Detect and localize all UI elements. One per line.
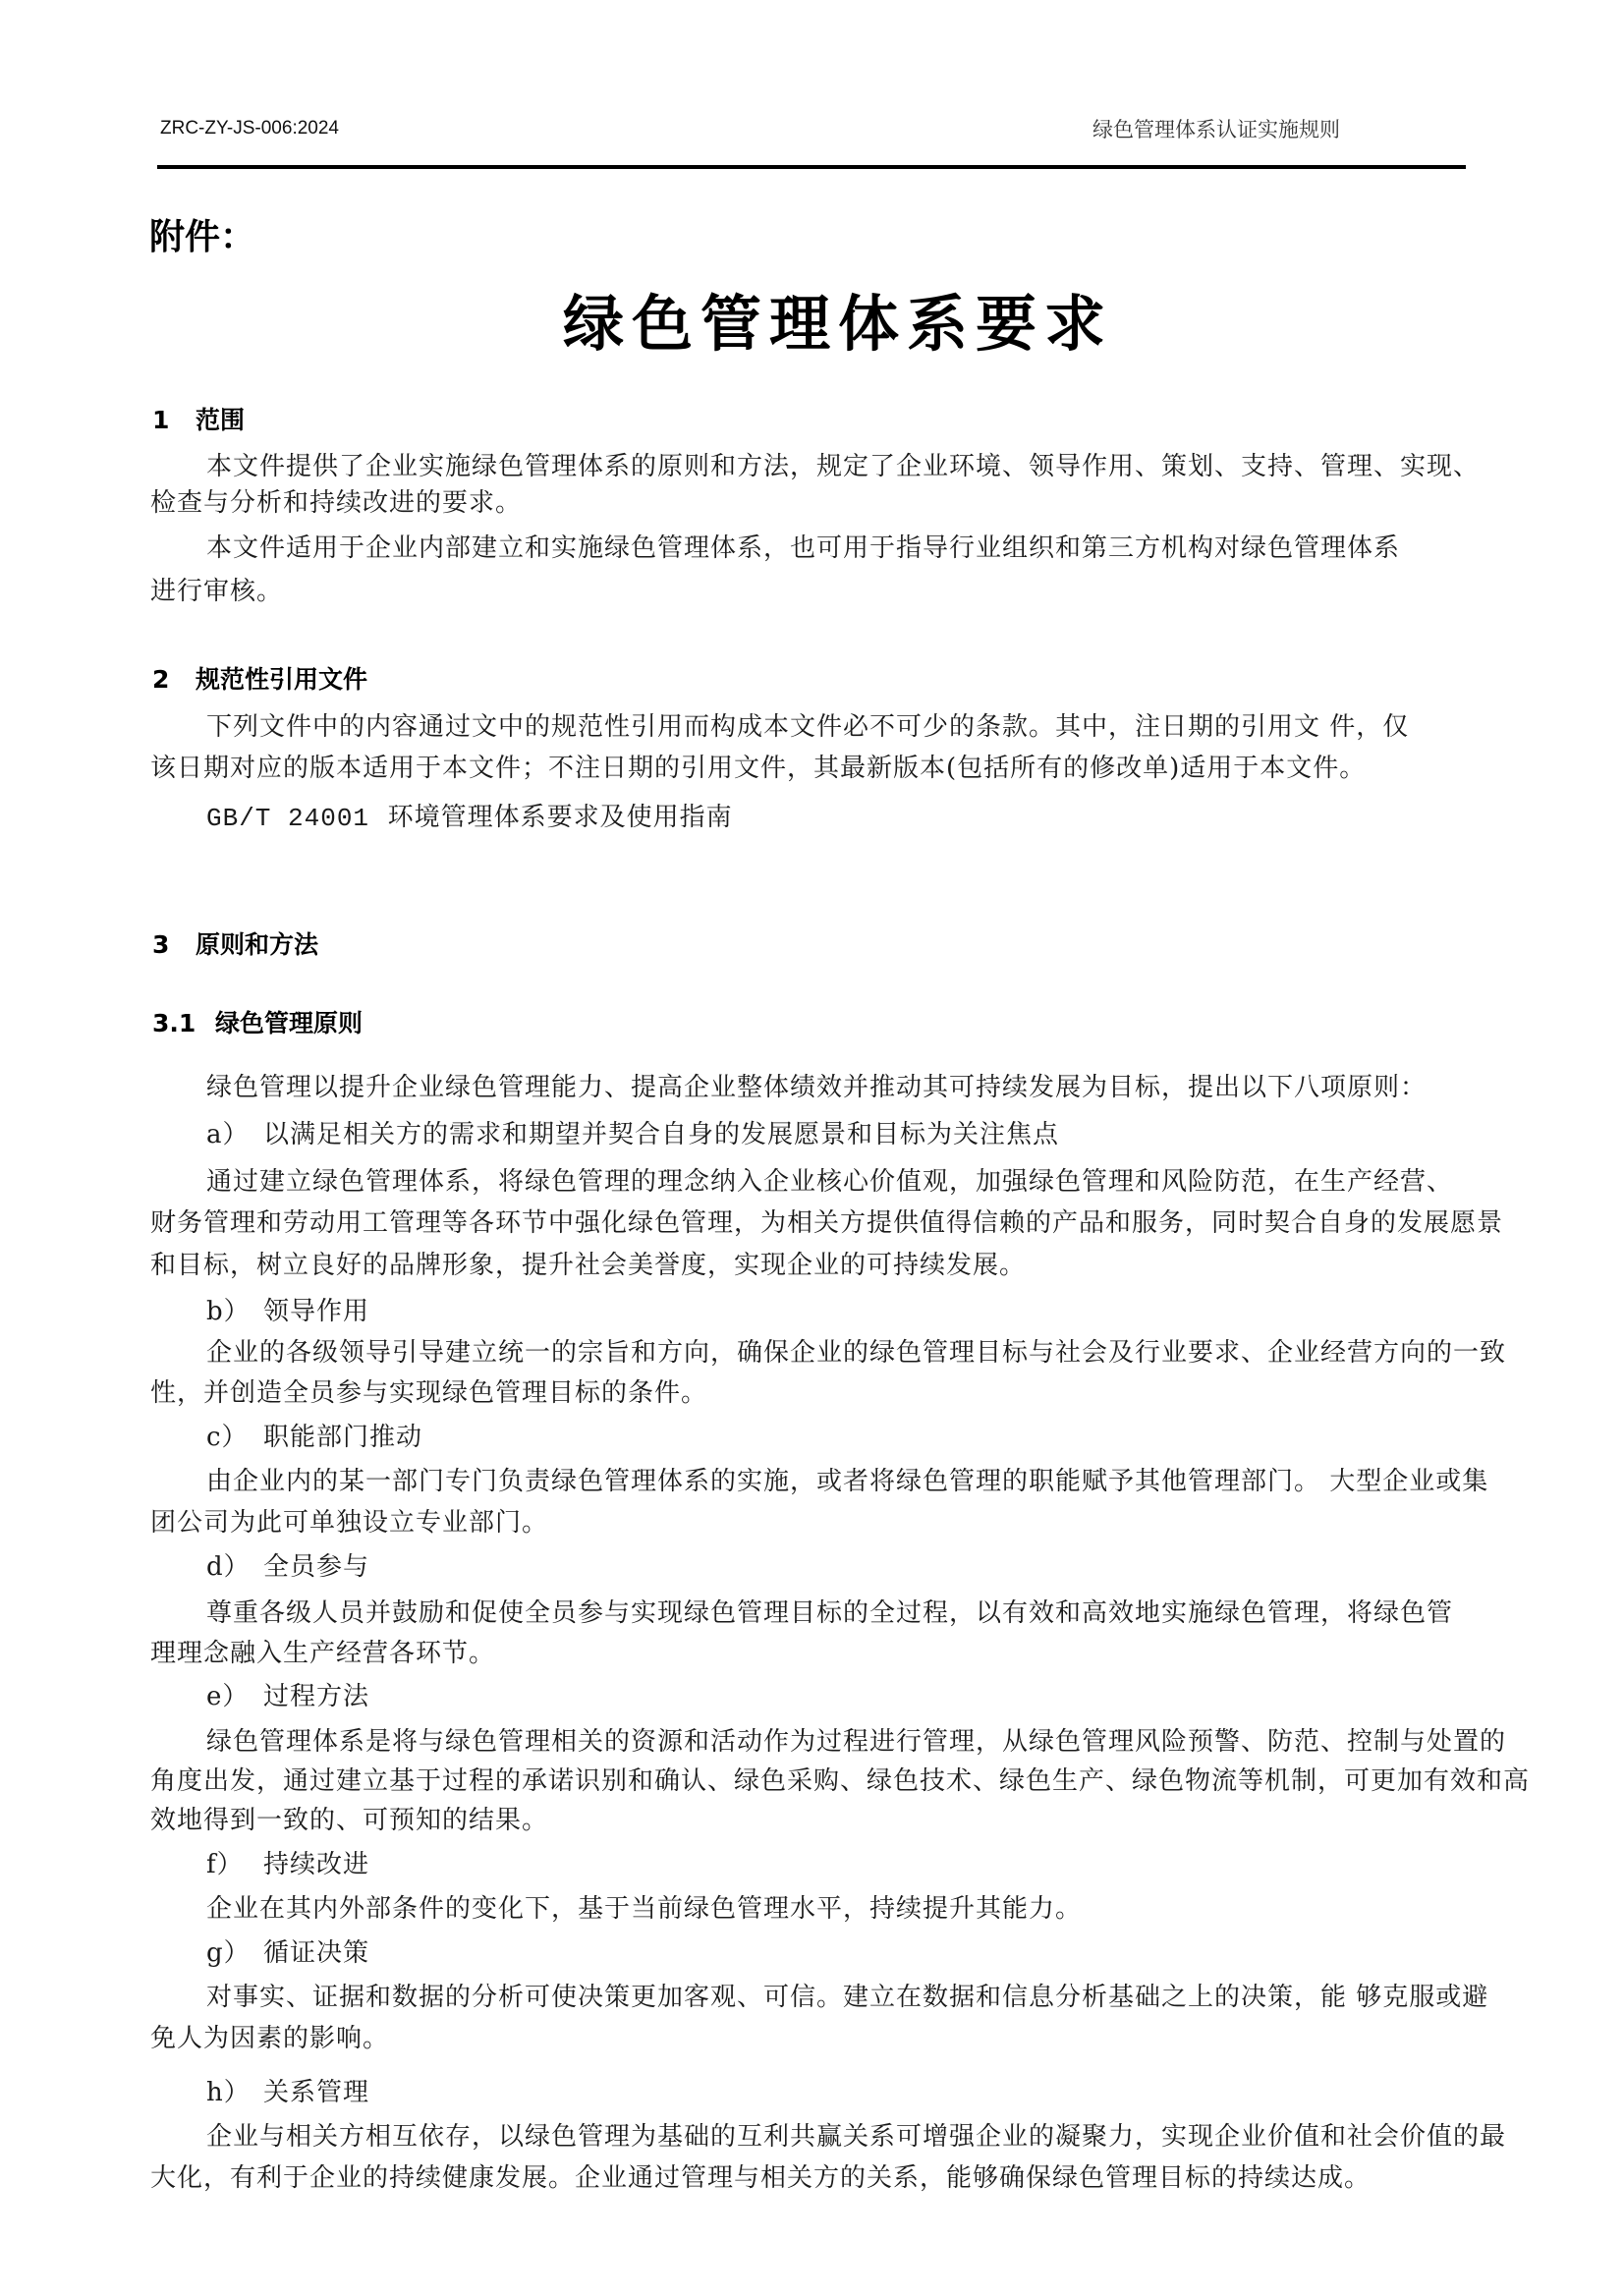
paragraph-line: 团公司为此可单独设立专业部门。 [150,1502,548,1539]
principle-title: 关系管理 [263,2078,369,2107]
paragraph-line: 该日期对应的版本适用于本文件；不注日期的引用文件，其最新版本(包括所有的修改单)… [150,748,1366,784]
principle-heading-c: c）职能部门推动 [206,1417,422,1453]
paragraph-line: 理理念融入生产经营各环节。 [150,1633,495,1669]
principle-heading-g: g）循证决策 [206,1932,369,1969]
paragraph-line: 企业与相关方相互依存，以绿色管理为基础的互利共赢关系可增强企业的凝聚力，实现企业… [206,2116,1506,2153]
section-heading-3-1: 3.1绿色管理原则 [152,1004,363,1039]
normative-reference: GB/T 24001 环境管理体系要求及使用指南 [206,797,733,833]
paragraph-line: 企业的各级领导引导建立统一的宗旨和方向，确保企业的绿色管理目标与社会及行业要求、… [206,1332,1506,1369]
header-doc-code: ZRC-ZY-JS-006:2024 [160,118,339,140]
section-number: 3 [152,930,196,959]
principle-title: 职能部门推动 [263,1423,422,1452]
paragraph-line: 性，并创造全员参与实现绿色管理目标的条件。 [150,1372,707,1409]
principle-label: d） [206,1546,263,1583]
section-title: 规范性引用文件 [196,665,367,694]
paragraph-line: 企业在其内外部条件的变化下，基于当前绿色管理水平，持续提升其能力。 [206,1888,1082,1925]
paragraph-line: 检查与分析和持续改进的要求。 [150,482,522,519]
paragraph-line: 财务管理和劳动用工管理等各环节中强化绿色管理，为相关方提供值得信赖的产品和服务，… [150,1203,1503,1239]
principle-label: f） [206,1844,263,1880]
section-heading-1: 1范围 [152,401,245,436]
section-title: 原则和方法 [196,930,318,959]
paragraph-line: 角度出发，通过建立基于过程的承诺识别和确认、绿色采购、绿色技术、绿色生产、绿色物… [150,1761,1530,1797]
header-rule [157,165,1466,169]
principle-label: h） [206,2072,263,2108]
paragraph-intro: 绿色管理以提升企业绿色管理能力、提高企业整体绩效并推动其可持续发展为目标，提出以… [206,1067,1427,1103]
principle-label: g） [206,1932,263,1969]
page-title: 绿色管理体系要求 [563,275,1113,363]
section-title: 范围 [196,406,245,434]
section-number: 3.1 [152,1009,215,1037]
reference-code: GB/T 24001 [206,804,369,833]
principle-label: b） [206,1291,263,1327]
section-heading-2: 2规范性引用文件 [152,660,367,696]
paragraph-line: 本文件适用于企业内部建立和实施绿色管理体系，也可用于指导行业组织和第三方机构对绿… [206,528,1400,564]
paragraph-line: 效地得到一致的、可预知的结果。 [150,1800,548,1836]
principle-heading-b: b）领导作用 [206,1291,369,1327]
paragraph-line: 绿色管理体系是将与绿色管理相关的资源和活动作为过程进行管理，从绿色管理风险预警、… [206,1721,1506,1758]
paragraph-line: 对事实、证据和数据的分析可使决策更加客观、可信。建立在数据和信息分析基础之上的决… [206,1977,1488,2013]
principle-title: 循证决策 [263,1938,369,1968]
principle-heading-h: h）关系管理 [206,2072,369,2108]
principle-heading-e: e）过程方法 [206,1676,369,1712]
principle-title: 以满足相关方的需求和期望并契合自身的发展愿景和目标为关注焦点 [263,1120,1059,1149]
paragraph-line: 和目标，树立良好的品牌形象，提升社会美誉度，实现企业的可持续发展。 [150,1245,1026,1281]
principle-label: e） [206,1676,263,1712]
paragraph-line: 免人为因素的影响。 [150,2018,389,2054]
reference-name: 环境管理体系要求及使用指南 [388,803,733,832]
section-heading-3: 3原则和方法 [152,925,318,961]
paragraph-line: 大化，有利于企业的持续健康发展。企业通过管理与相关方的关系，能够确保绿色管理目标… [150,2157,1371,2194]
principle-heading-d: d）全员参与 [206,1546,369,1583]
attachment-label: 附件： [149,209,255,259]
principle-title: 持续改进 [263,1850,369,1879]
principle-heading-a: a）以满足相关方的需求和期望并契合自身的发展愿景和目标为关注焦点 [206,1114,1059,1150]
document-page: ZRC-ZY-JS-006:2024 绿色管理体系认证实施规则 附件： 绿色管理… [0,0,1624,2296]
principle-label: c） [206,1417,263,1453]
paragraph-line: 下列文件中的内容通过文中的规范性引用而构成本文件必不可少的条款。其中，注日期的引… [206,706,1409,743]
section-number: 2 [152,665,196,694]
principle-title: 全员参与 [263,1552,369,1582]
section-number: 1 [152,406,196,434]
paragraph-line: 进行审核。 [150,571,283,607]
paragraph-line: 尊重各级人员并鼓励和促使全员参与实现绿色管理目标的全过程，以有效和高效地实施绿色… [206,1593,1453,1629]
paragraph-line: 通过建立绿色管理体系，将绿色管理的理念纳入企业核心价值观，加强绿色管理和风险防范… [206,1161,1453,1198]
header-series-title: 绿色管理体系认证实施规则 [1092,114,1340,143]
principle-label: a） [206,1114,263,1150]
paragraph-line: 本文件提供了企业实施绿色管理体系的原则和方法，规定了企业环境、领导作用、策划、支… [206,446,1480,482]
section-title: 绿色管理原则 [215,1009,363,1037]
principle-title: 过程方法 [263,1682,369,1711]
principle-heading-f: f）持续改进 [206,1844,369,1880]
paragraph-line: 由企业内的某一部门专门负责绿色管理体系的实施，或者将绿色管理的职能赋予其他管理部… [206,1461,1488,1497]
principle-title: 领导作用 [263,1297,369,1326]
